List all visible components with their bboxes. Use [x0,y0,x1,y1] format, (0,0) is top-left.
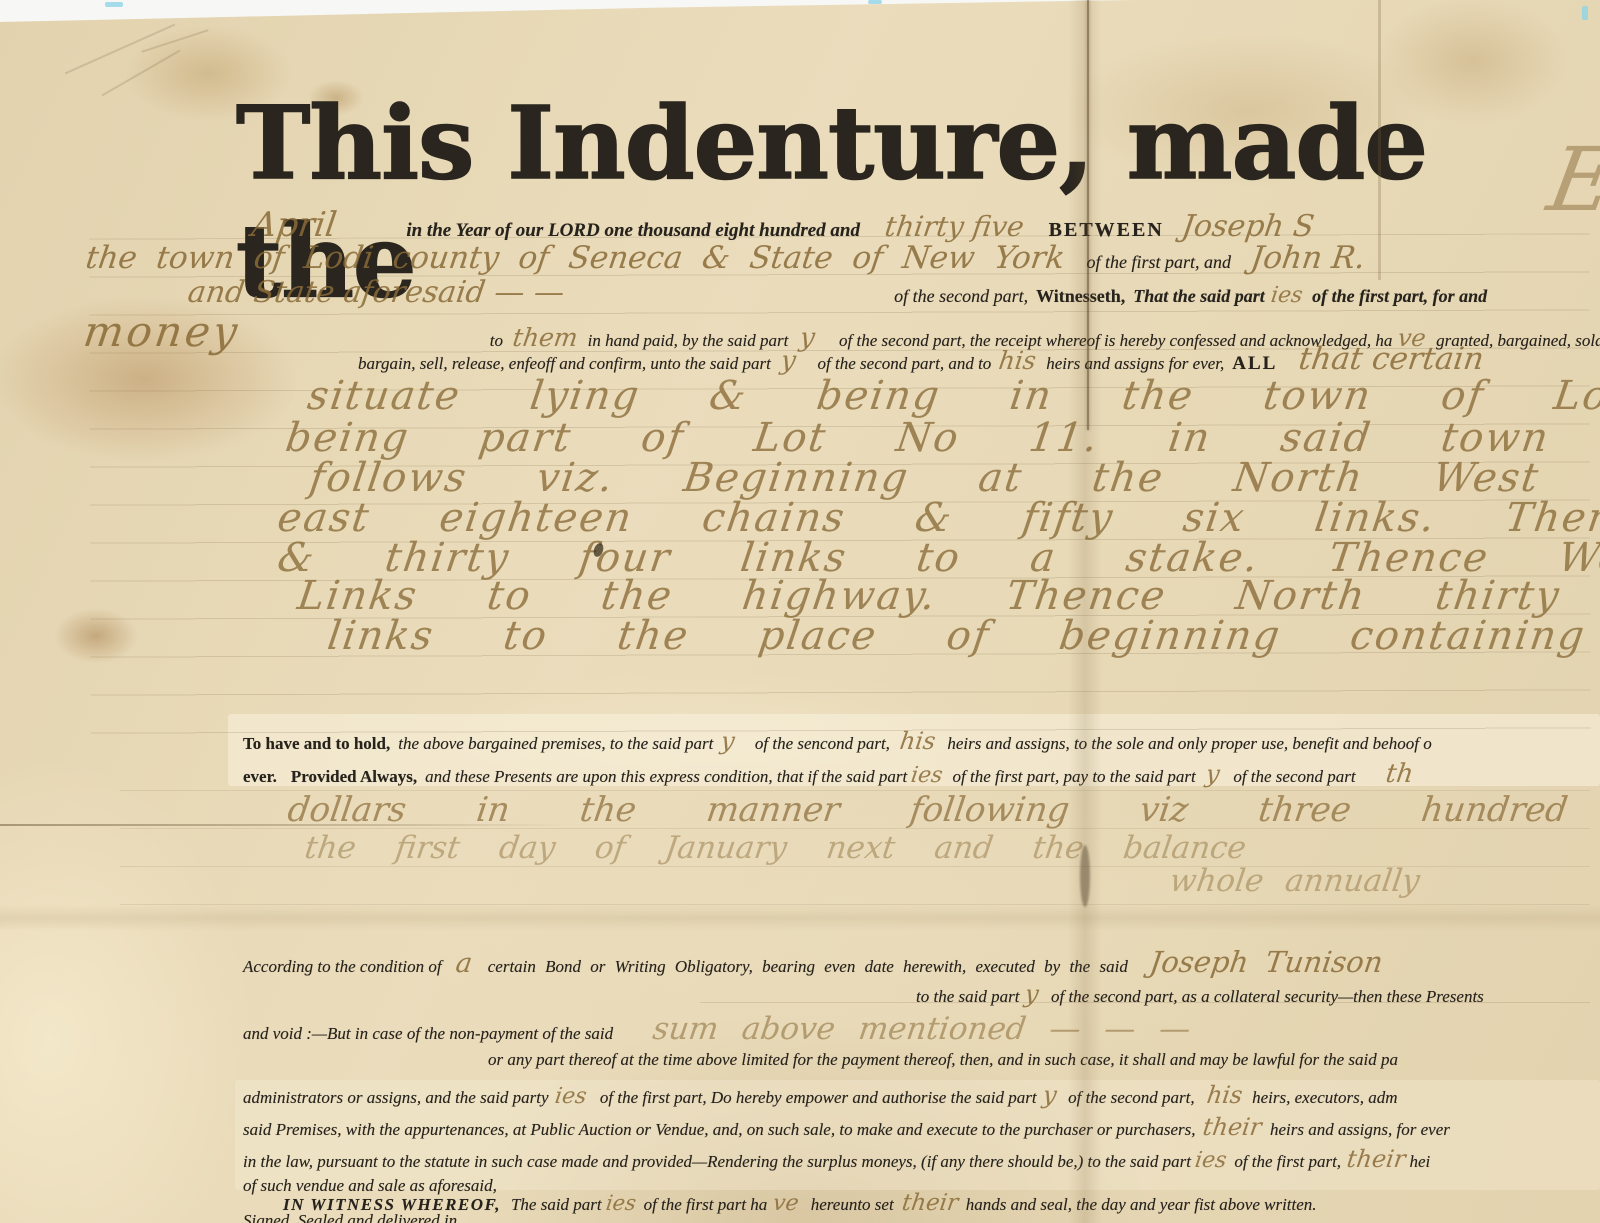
printed-text: said Premises, with the appurtenances, a… [243,1121,1195,1138]
description-line-6: Links to the highway. Thence North thirt… [298,576,1600,616]
description-line-2: being part of Lot No 11. in said town of… [286,418,1600,458]
handwritten-text: y [720,729,737,753]
handwritten-text: their [900,1192,959,1215]
printed-text: of the second part, and to [818,355,992,372]
handwritten-text: situate lying & being in the town of Lod… [305,376,1600,416]
handwritten-text: and State aforesaid — — [186,278,566,308]
handwritten-text: ies [910,765,944,787]
printed-text: of the first part ha [644,1196,768,1213]
handwritten-text: th [1384,761,1415,787]
handwritten-text: John R. [1249,243,1367,274]
description-line-3: follows viz. Beginning at the North West… [310,458,1600,498]
handwritten-text: Links to the highway. Thence North thirt… [295,576,1600,616]
handwritten-text: sum above mentioned — — — [651,1014,1193,1045]
scan-blue-mark [1582,6,1588,20]
printed-text: That the said part [1133,287,1265,305]
handwritten-text: Joseph S [1180,212,1316,242]
printed-text: of the second part, as a collateral secu… [1051,988,1484,1005]
description-line-1: situate lying & being in the town of Lod… [308,376,1600,416]
printed-text: in the Year of our LORD one thousand eig… [406,221,860,240]
printed-text: of the second part, [894,287,1028,305]
scan-blue-mark [105,2,123,7]
year-line: Aprilin the Year of our LORD one thousan… [252,208,1314,242]
handwritten-text: Joseph Tunison [1148,948,1385,977]
vertical-fold-line [1087,0,1089,430]
habendum-line-1: To have and to hold,the above bargained … [243,729,1432,753]
handwritten-text: thirty five [883,213,1026,241]
handwritten-text: his [998,348,1038,373]
witnesseth-line: and State aforesaid — —of the second par… [188,278,1487,308]
printed-text: to the said part [916,988,1019,1005]
payment-line-1: dollars in the manner following viz thre… [288,793,1567,827]
printed-text: The said part [511,1196,602,1213]
handwritten-text: a [454,950,474,977]
printed-text: of the first part, Do hereby empower and… [600,1089,1037,1106]
horizontal-fold-line [0,824,570,826]
printed-text: Provided Always, [291,768,417,785]
handwritten-text: ies [1193,1150,1227,1172]
payment-line-2: the first day of January next and the ba… [305,833,1246,864]
printed-text: hands and seal, the day and year fist ab… [966,1196,1317,1213]
printed-text: ALL [1232,354,1277,373]
habendum-line-2: ever.Provided Always,and these Presents … [243,761,1413,787]
condition-line-3: and void :—But in case of the non-paymen… [243,1014,1190,1045]
handwritten-text: y [1041,1083,1058,1107]
printed-text: and these Presents are upon this express… [425,768,907,785]
printed-text: certain Bond or Writing Obligatory, bear… [488,958,1128,975]
printed-text: To have and to hold, [243,735,390,752]
printed-text: BETWEEN [1049,220,1164,240]
handwritten-text: ve [772,1193,801,1215]
fold-ink-stain [1080,845,1090,907]
horizontal-fold-shadow [0,905,1600,931]
handwritten-text: money [81,311,243,353]
vertical-fold-crease [1068,0,1102,1223]
handwritten-text: whole annually [1168,866,1422,897]
handwritten-text: the first day of January next and the ba… [303,833,1248,864]
printed-text: Signed, Sealed and delivered in [243,1212,457,1223]
printed-text: heirs, executors, adm [1252,1089,1397,1106]
handwritten-text: ies [604,1193,637,1214]
description-line-5: & thirty four links to a stake. Thence W… [278,538,1600,578]
description-line-4: east eighteen chains & fifty six links. … [278,498,1600,538]
printed-text: According to the condition of [243,958,442,975]
granting-line: bargain, sell, release, enfeoff and conf… [358,344,1484,375]
handwritten-text: April [250,208,339,242]
printed-text: of the first part, [1234,1153,1341,1170]
handwritten-text: y [1204,762,1221,786]
handwritten-text: his [1205,1083,1244,1107]
attestation-line: Signed, Sealed and delivered in [243,1212,457,1223]
handwritten-text: y [779,348,797,374]
handwritten-text: the town of Lodi county of Seneca & Stat… [84,243,1067,274]
printed-text: in the law, pursuant to the statute in s… [243,1153,1191,1170]
handwritten-text: follows viz. Beginning at the North West… [307,458,1600,498]
printed-text: or any part thereof at the time above li… [488,1051,1398,1068]
printed-text: bargain, sell, release, enfeoff and conf… [358,355,771,372]
condition-line-1: According to the condition ofacertain Bo… [243,948,1382,977]
handwritten-text: ies [553,1086,587,1108]
printed-text: hereunto set [811,1196,894,1213]
handwritten-text: being part of Lot No 11. in said town of… [283,418,1600,458]
printed-text: administrators or assigns, and the said … [243,1089,549,1106]
handwritten-text: east eighteen chains & fifty six links. … [275,498,1600,538]
power-line-4: in the law, pursuant to the statute in s… [243,1147,1430,1172]
handwritten-text: dollars in the manner following viz thre… [286,793,1570,827]
handwritten-text: their [1345,1147,1407,1171]
printed-text: of the sencond part, [755,735,890,752]
handwritten-text: y [1024,982,1041,1006]
printed-text: hei [1410,1153,1431,1170]
printed-text: heirs and assigns, to the sole and only … [947,735,1431,752]
payment-line-3: whole annually [1170,866,1419,897]
power-line-1: or any part thereof at the time above li… [488,1051,1398,1069]
handwritten-text: his [898,729,937,753]
handwritten-text: links to the place of beginning containi… [325,616,1600,656]
right-fold-crease [1378,0,1381,280]
printed-text: the above bargained premises, to the sai… [398,735,713,752]
handwritten-text: & thirty four links to a stake. Thence W… [275,538,1600,578]
printed-text: of the second part [1233,768,1355,785]
handwritten-text: that certain [1297,344,1486,375]
scanned-document: This Indenture, made the E Aprilin the Y… [0,0,1600,1223]
parties-line: the town of Lodi county of Seneca & Stat… [86,243,1365,274]
scan-blue-mark [868,0,882,4]
printed-text: and void :—But in case of the non-paymen… [243,1025,613,1042]
power-line-2: administrators or assigns, and the said … [243,1083,1398,1108]
printed-text: of the first part, for and [1312,287,1487,305]
printed-text: of the first part, and [1086,253,1231,271]
printed-text: heirs and assigns, for ever [1270,1121,1450,1138]
printed-text: ever. [243,768,277,785]
description-line-7: links to the place of beginning containi… [328,616,1600,656]
power-line-3: said Premises, with the appurtenances, a… [243,1115,1450,1139]
condition-line-2: to the said partyof the second part, as … [916,982,1484,1006]
handwritten-text: their [1202,1115,1264,1139]
handwritten-text: ies [1269,285,1303,307]
